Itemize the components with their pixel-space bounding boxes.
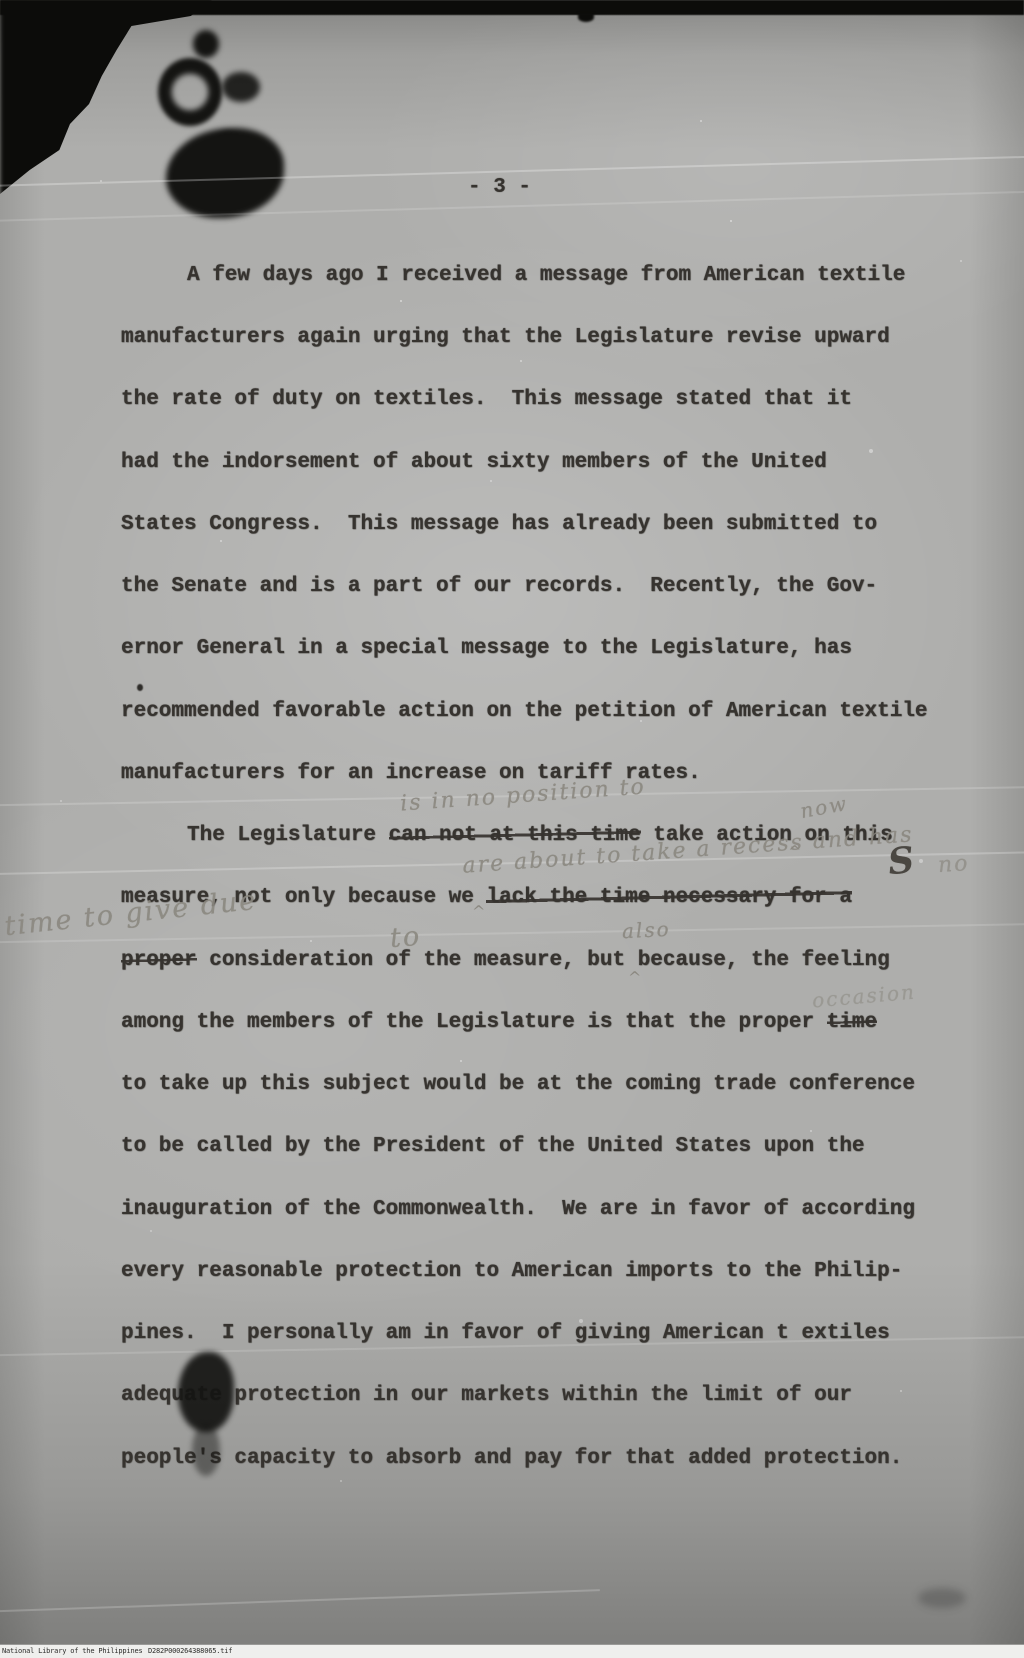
ink-blot-tail (192, 1424, 220, 1476)
insertion-caret: ^ (628, 968, 641, 987)
typed-line: manufacturers again urging that the Legi… (121, 325, 890, 351)
handwritten-annotation-occasion: occasion (811, 980, 917, 1013)
typed-line: had the indorsement of about sixty membe… (121, 450, 827, 476)
typed-text: ernor General in a special message to th… (121, 637, 852, 660)
typed-line: proper consideration of the measure, but… (121, 948, 890, 974)
image-filename: D282P000264388065.tif (148, 1647, 232, 1655)
ink-blot-adequate (178, 1352, 234, 1432)
typed-text: people's capacity to absorb and pay for … (121, 1447, 902, 1470)
struck-text: time (827, 1011, 877, 1034)
typed-line: the rate of duty on textiles. This messa… (121, 387, 852, 413)
typed-text: to be called by the President of the Uni… (121, 1135, 865, 1158)
typed-text: the Senate and is a part of our records.… (121, 575, 877, 598)
page-number: - 3 - (468, 176, 531, 199)
typed-line: among the members of the Legislature is … (121, 1010, 877, 1036)
typed-line: people's capacity to absorb and pay for … (121, 1446, 902, 1472)
typed-text: among the members of the Legislature is … (121, 1011, 827, 1034)
typed-text: A few days ago I received a message from… (187, 264, 905, 287)
typed-text: every reasonable protection to American … (121, 1260, 902, 1283)
typed-line: pines. I personally am in favor of givin… (121, 1321, 890, 1347)
typed-text: the rate of duty on textiles. This messa… (121, 388, 852, 411)
ink-dot (137, 684, 143, 691)
ink-blot (166, 128, 284, 218)
typed-line: to be called by the President of the Uni… (121, 1134, 865, 1160)
handwritten-s-mark: S (886, 839, 918, 884)
handwritten-annotation-now: now (798, 791, 849, 823)
typed-text: pines. I personally am in favor of givin… (121, 1322, 890, 1345)
typed-text: consideration of the measure, but becaus… (197, 949, 890, 972)
typed-text: manufacturers again urging that the Legi… (121, 326, 890, 349)
typed-line: every reasonable protection to American … (121, 1259, 902, 1285)
struck-text: proper (121, 949, 197, 972)
insertion-caret: ^ (472, 902, 485, 921)
typed-line: States Congress. This message has alread… (121, 512, 877, 538)
typed-text: had the indorsement of about sixty membe… (121, 451, 827, 474)
scan-crease-line (0, 1589, 600, 1612)
typed-text: inauguration of the Commonwealth. We are… (121, 1198, 915, 1221)
scan-smudge (918, 1588, 966, 1608)
handwritten-annotation-no: no (937, 851, 970, 878)
footer-caption-bar: National Library of the Philippines D282… (0, 1644, 1024, 1658)
ink-blot-ring (158, 58, 222, 126)
typed-line: ernor General in a special message to th… (121, 636, 852, 662)
struck-text: lack the time necessary for a (486, 886, 851, 909)
typed-text: States Congress. This message has alread… (121, 513, 877, 536)
typed-line: recommended favorable action on the peti… (121, 699, 928, 725)
typed-line: the Senate and is a part of our records.… (121, 574, 877, 600)
dust-specks (400, 300, 402, 302)
handwritten-annotation-also: also (621, 917, 671, 944)
typed-line: inauguration of the Commonwealth. We are… (121, 1197, 915, 1223)
typed-text: to take up this subject would be at the … (121, 1073, 915, 1096)
scan-border-bump (578, 13, 594, 22)
typed-text: The Legislature (187, 824, 389, 847)
typed-text: recommended favorable action on the peti… (121, 700, 928, 723)
ink-blot (193, 30, 219, 58)
typed-line: A few days ago I received a message from… (121, 263, 905, 289)
library-credit: National Library of the Philippines (2, 1647, 143, 1655)
handwritten-annotation-to: to (389, 921, 422, 954)
scanned-document-page: - 3 - A few days ago I received a messag… (0, 0, 1024, 1658)
ink-blot (222, 72, 260, 102)
typed-line: to take up this subject would be at the … (121, 1072, 915, 1098)
